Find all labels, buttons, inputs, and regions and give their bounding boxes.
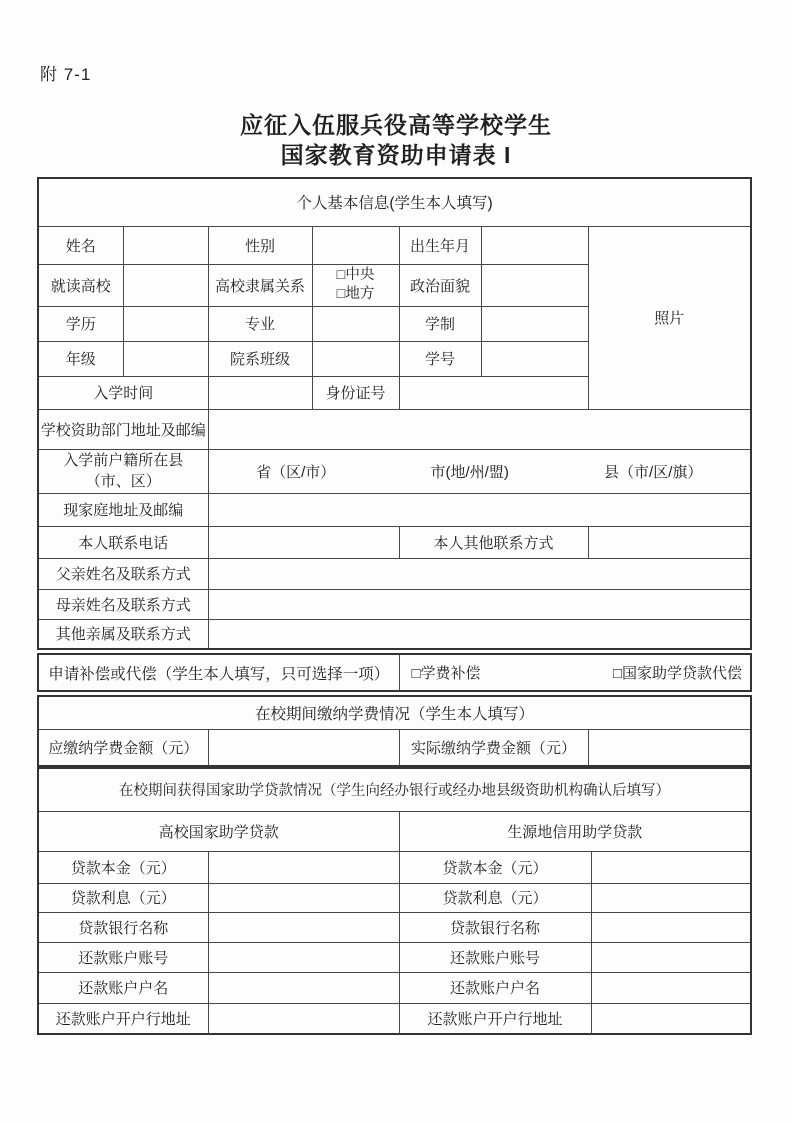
- id-number-input[interactable]: [399, 376, 588, 409]
- tuition-paid-label: 实际缴纳学费金额（元）: [399, 729, 588, 766]
- name-input[interactable]: [123, 226, 208, 264]
- campus-loan-principal-label: 贷款本金（元）: [38, 851, 208, 883]
- home-address-input[interactable]: [208, 493, 751, 526]
- campus-loan-principal-input[interactable]: [208, 851, 399, 883]
- home-address-label: 现家庭地址及邮编: [38, 493, 208, 526]
- affiliation-label: 高校隶属关系: [208, 264, 312, 306]
- father-contact-label: 父亲姓名及联系方式: [38, 558, 208, 589]
- birth-date-label: 出生年月: [399, 226, 481, 264]
- origin-loan-bank-input[interactable]: [591, 912, 751, 942]
- campus-loan-account-name-label: 还款账户户名: [38, 972, 208, 1003]
- origin-loan-bank-label: 贷款银行名称: [399, 912, 591, 942]
- campus-loan-account-name-input[interactable]: [208, 972, 399, 1003]
- name-label: 姓名: [38, 226, 123, 264]
- form-title-line1: 应征入伍服兵役高等学校学生: [0, 110, 792, 140]
- origin-loan-interest-input[interactable]: [591, 883, 751, 912]
- major-label: 专业: [208, 306, 312, 341]
- section-header-personal: 个人基本信息(学生本人填写): [38, 178, 751, 226]
- origin-county-input[interactable]: 省（区/市） 市(地/州/盟) 县（市/区/旗）: [208, 449, 751, 493]
- school-aid-address-label: 学校资助部门地址及邮编: [38, 409, 208, 449]
- form-title-line2: 国家教育资助申请表 I: [0, 140, 792, 170]
- gender-label: 性别: [208, 226, 312, 264]
- enroll-time-input[interactable]: [208, 376, 312, 409]
- origin-loan-account-no-input[interactable]: [591, 942, 751, 972]
- school-aid-address-input[interactable]: [208, 409, 751, 449]
- tuition-paid-input[interactable]: [588, 729, 751, 766]
- checkbox-central[interactable]: □中央: [313, 266, 399, 285]
- personal-info-table: 个人基本信息(学生本人填写) 姓名 性别 出生年月 照片 就读高校 高校隶属关系…: [37, 177, 752, 650]
- degree-input[interactable]: [123, 306, 208, 341]
- father-contact-input[interactable]: [208, 558, 751, 589]
- other-relative-label: 其他亲属及联系方式: [38, 619, 208, 649]
- mother-contact-label: 母亲姓名及联系方式: [38, 589, 208, 619]
- enroll-time-label: 入学时间: [38, 376, 208, 409]
- origin-loan-account-name-input[interactable]: [591, 972, 751, 1003]
- birth-date-input[interactable]: [481, 226, 588, 264]
- campus-loan-bank-address-input[interactable]: [208, 1003, 399, 1034]
- other-relative-input[interactable]: [208, 619, 751, 649]
- origin-loan-bank-address-label: 还款账户开户行地址: [399, 1003, 591, 1034]
- dept-class-label: 院系班级: [208, 341, 312, 376]
- tuition-table: 在校期间缴纳学费情况（学生本人填写） 应缴纳学费金额（元） 实际缴纳学费金额（元…: [37, 695, 752, 767]
- checkbox-tuition-compensation[interactable]: □学费补偿: [412, 662, 481, 683]
- section-header-loan: 在校期间获得国家助学贷款情况（学生向经办银行或经办地县级资助机构确认后填写）: [38, 768, 751, 811]
- attachment-label: 附 7-1: [40, 60, 91, 85]
- photo-label: 照片: [654, 310, 684, 327]
- student-id-label: 学号: [399, 341, 481, 376]
- campus-loan-interest-input[interactable]: [208, 883, 399, 912]
- form-title: 应征入伍服兵役高等学校学生 国家教育资助申请表 I: [0, 110, 792, 170]
- phone-label: 本人联系电话: [38, 526, 208, 558]
- origin-county-label-line2: （市、区）: [39, 471, 208, 492]
- origin-loan-account-name-label: 还款账户户名: [399, 972, 591, 1003]
- schooling-length-label: 学制: [399, 306, 481, 341]
- id-number-label: 身份证号: [312, 376, 399, 409]
- campus-loan-interest-label: 贷款利息（元）: [38, 883, 208, 912]
- gender-input[interactable]: [312, 226, 399, 264]
- mother-contact-input[interactable]: [208, 589, 751, 619]
- origin-county-suffix-label: 县（市/区/旗）: [604, 461, 702, 482]
- origin-loan-principal-input[interactable]: [591, 851, 751, 883]
- origin-loan-interest-label: 贷款利息（元）: [399, 883, 591, 912]
- origin-city-label: 市(地/州/盟): [431, 461, 509, 482]
- degree-label: 学历: [38, 306, 123, 341]
- apply-type-label: 申请补偿或代偿（学生本人填写，只可选择一项）: [38, 654, 399, 691]
- other-contact-label: 本人其他联系方式: [399, 526, 588, 558]
- origin-loan-title: 生源地信用助学贷款: [399, 811, 751, 851]
- college-input[interactable]: [123, 264, 208, 306]
- origin-loan-principal-label: 贷款本金（元）: [399, 851, 591, 883]
- origin-county-label-line1: 入学前户籍所在县: [39, 450, 208, 471]
- schooling-length-input[interactable]: [481, 306, 588, 341]
- campus-loan-title: 高校国家助学贷款: [38, 811, 399, 851]
- origin-province-label: 省（区/市）: [256, 461, 335, 482]
- tuition-payable-input[interactable]: [208, 729, 399, 766]
- grade-label: 年级: [38, 341, 123, 376]
- checkbox-local[interactable]: □地方: [313, 285, 399, 304]
- campus-loan-account-no-input[interactable]: [208, 942, 399, 972]
- loan-table: 在校期间获得国家助学贷款情况（学生向经办银行或经办地县级资助机构确认后填写） 高…: [37, 767, 752, 1035]
- section-header-tuition: 在校期间缴纳学费情况（学生本人填写）: [38, 696, 751, 729]
- campus-loan-bank-label: 贷款银行名称: [38, 912, 208, 942]
- apply-type-table: 申请补偿或代偿（学生本人填写，只可选择一项） □学费补偿 □国家助学贷款代偿: [37, 653, 752, 692]
- campus-loan-account-no-label: 还款账户账号: [38, 942, 208, 972]
- apply-type-options: □学费补偿 □国家助学贷款代偿: [399, 654, 751, 691]
- checkbox-loan-repayment[interactable]: □国家助学贷款代偿: [613, 662, 742, 683]
- college-label: 就读高校: [38, 264, 123, 306]
- campus-loan-bank-address-label: 还款账户开户行地址: [38, 1003, 208, 1034]
- origin-loan-account-no-label: 还款账户账号: [399, 942, 591, 972]
- photo-cell[interactable]: 照片: [588, 226, 751, 409]
- origin-loan-bank-address-input[interactable]: [591, 1003, 751, 1034]
- tuition-payable-label: 应缴纳学费金额（元）: [38, 729, 208, 766]
- dept-class-input[interactable]: [312, 341, 399, 376]
- political-status-label: 政治面貌: [399, 264, 481, 306]
- origin-county-label: 入学前户籍所在县 （市、区）: [38, 449, 208, 493]
- student-id-input[interactable]: [481, 341, 588, 376]
- phone-input[interactable]: [208, 526, 399, 558]
- political-status-input[interactable]: [481, 264, 588, 306]
- affiliation-options: □中央 □地方: [312, 264, 399, 306]
- major-input[interactable]: [312, 306, 399, 341]
- campus-loan-bank-input[interactable]: [208, 912, 399, 942]
- other-contact-input[interactable]: [588, 526, 751, 558]
- form-page: 附 7-1 应征入伍服兵役高等学校学生 国家教育资助申请表 I 个人基本信息(学…: [0, 0, 792, 1122]
- grade-input[interactable]: [123, 341, 208, 376]
